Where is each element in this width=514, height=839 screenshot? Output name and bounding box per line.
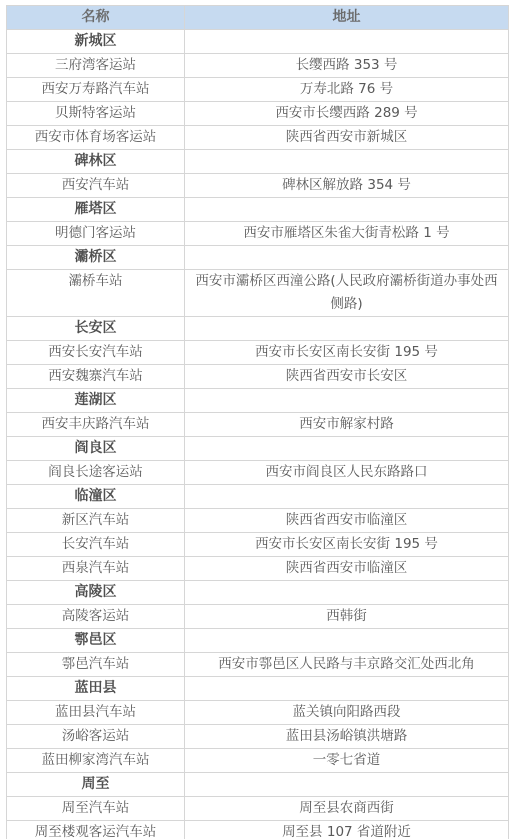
station-row: 长安汽车站西安市长安区南长安街 195 号 — [7, 533, 509, 557]
district-row: 新城区 — [7, 30, 509, 54]
station-name: 西安万寿路汽车站 — [7, 78, 185, 102]
station-name: 阎良长途客运站 — [7, 461, 185, 485]
table-body: 新城区 三府湾客运站长缨西路 353 号 西安万寿路汽车站万寿北路 76 号 贝… — [7, 30, 509, 839]
station-name: 西安长安汽车站 — [7, 341, 185, 365]
district-row: 阎良区 — [7, 437, 509, 461]
district-address-empty — [185, 389, 509, 413]
station-row: 周至楼观客运汽车站周至县 107 省道附近 — [7, 821, 509, 839]
district-name: 碑林区 — [7, 150, 185, 174]
district-row: 蓝田县 — [7, 677, 509, 701]
station-address: 周至县 107 省道附近 — [185, 821, 509, 839]
district-row: 莲湖区 — [7, 389, 509, 413]
station-address: 蓝田县汤峪镇洪塘路 — [185, 725, 509, 749]
station-row: 高陵客运站西韩街 — [7, 605, 509, 629]
station-address: 陕西省西安市临潼区 — [185, 557, 509, 581]
station-name: 明德门客运站 — [7, 222, 185, 246]
district-row: 高陵区 — [7, 581, 509, 605]
station-row: 西安市体育场客运站陕西省西安市新城区 — [7, 126, 509, 150]
column-header-address: 地址 — [185, 6, 509, 30]
station-row: 西泉汽车站陕西省西安市临潼区 — [7, 557, 509, 581]
bus-station-table-container: 名称 地址 新城区 三府湾客运站长缨西路 353 号 西安万寿路汽车站万寿北路 … — [6, 5, 508, 839]
station-name: 西泉汽车站 — [7, 557, 185, 581]
district-row: 周至 — [7, 773, 509, 797]
station-row: 鄠邑汽车站西安市鄠邑区人民路与丰京路交汇处西北角 — [7, 653, 509, 677]
station-row: 周至汽车站周至县农商西街 — [7, 797, 509, 821]
district-address-empty — [185, 581, 509, 605]
station-address: 蓝关镇向阳路西段 — [185, 701, 509, 725]
district-address-empty — [185, 198, 509, 222]
district-row: 长安区 — [7, 317, 509, 341]
district-name: 雁塔区 — [7, 198, 185, 222]
station-address: 一零七省道 — [185, 749, 509, 773]
station-name: 新区汽车站 — [7, 509, 185, 533]
district-address-empty — [185, 437, 509, 461]
station-address: 万寿北路 76 号 — [185, 78, 509, 102]
district-name: 长安区 — [7, 317, 185, 341]
station-name: 周至汽车站 — [7, 797, 185, 821]
district-name: 蓝田县 — [7, 677, 185, 701]
table-header-row: 名称 地址 — [7, 6, 509, 30]
station-name: 贝斯特客运站 — [7, 102, 185, 126]
station-address: 西韩街 — [185, 605, 509, 629]
station-address: 陕西省西安市临潼区 — [185, 509, 509, 533]
column-header-name: 名称 — [7, 6, 185, 30]
station-row: 新区汽车站陕西省西安市临潼区 — [7, 509, 509, 533]
district-address-empty — [185, 317, 509, 341]
station-address: 长缨西路 353 号 — [185, 54, 509, 78]
station-name: 西安汽车站 — [7, 174, 185, 198]
station-row: 西安长安汽车站西安市长安区南长安街 195 号 — [7, 341, 509, 365]
bus-station-table: 名称 地址 新城区 三府湾客运站长缨西路 353 号 西安万寿路汽车站万寿北路 … — [6, 5, 509, 839]
district-name: 新城区 — [7, 30, 185, 54]
station-address: 周至县农商西街 — [185, 797, 509, 821]
district-address-empty — [185, 30, 509, 54]
district-name: 临潼区 — [7, 485, 185, 509]
district-row: 雁塔区 — [7, 198, 509, 222]
station-address: 西安市灞桥区西潼公路(人民政府灞桥街道办事处西侧路) — [185, 270, 509, 317]
station-name: 周至楼观客运汽车站 — [7, 821, 185, 839]
station-address: 西安市雁塔区朱雀大街青松路 1 号 — [185, 222, 509, 246]
district-name: 莲湖区 — [7, 389, 185, 413]
district-address-empty — [185, 677, 509, 701]
district-address-empty — [185, 485, 509, 509]
district-name: 高陵区 — [7, 581, 185, 605]
district-name: 鄠邑区 — [7, 629, 185, 653]
district-address-empty — [185, 773, 509, 797]
station-row: 灞桥车站西安市灞桥区西潼公路(人民政府灞桥街道办事处西侧路) — [7, 270, 509, 317]
district-address-empty — [185, 629, 509, 653]
station-address: 陕西省西安市长安区 — [185, 365, 509, 389]
station-name: 灞桥车站 — [7, 270, 185, 317]
station-row: 西安魏寨汽车站陕西省西安市长安区 — [7, 365, 509, 389]
station-row: 明德门客运站西安市雁塔区朱雀大街青松路 1 号 — [7, 222, 509, 246]
district-name: 灞桥区 — [7, 246, 185, 270]
station-row: 蓝田县汽车站蓝关镇向阳路西段 — [7, 701, 509, 725]
station-name: 蓝田县汽车站 — [7, 701, 185, 725]
station-row: 西安丰庆路汽车站西安市解家村路 — [7, 413, 509, 437]
station-address: 西安市阎良区人民东路路口 — [185, 461, 509, 485]
station-address: 陕西省西安市新城区 — [185, 126, 509, 150]
station-name: 高陵客运站 — [7, 605, 185, 629]
station-row: 西安汽车站碑林区解放路 354 号 — [7, 174, 509, 198]
district-name: 阎良区 — [7, 437, 185, 461]
station-name: 长安汽车站 — [7, 533, 185, 557]
district-address-empty — [185, 246, 509, 270]
station-row: 三府湾客运站长缨西路 353 号 — [7, 54, 509, 78]
station-address: 西安市解家村路 — [185, 413, 509, 437]
station-address: 西安市长安区南长安街 195 号 — [185, 341, 509, 365]
district-row: 临潼区 — [7, 485, 509, 509]
district-row: 碑林区 — [7, 150, 509, 174]
station-name: 鄠邑汽车站 — [7, 653, 185, 677]
station-name: 西安市体育场客运站 — [7, 126, 185, 150]
district-address-empty — [185, 150, 509, 174]
station-name: 蓝田柳家湾汽车站 — [7, 749, 185, 773]
station-row: 蓝田柳家湾汽车站一零七省道 — [7, 749, 509, 773]
station-name: 西安丰庆路汽车站 — [7, 413, 185, 437]
station-address: 碑林区解放路 354 号 — [185, 174, 509, 198]
station-name: 西安魏寨汽车站 — [7, 365, 185, 389]
station-address: 西安市长缨西路 289 号 — [185, 102, 509, 126]
station-name: 汤峪客运站 — [7, 725, 185, 749]
station-row: 汤峪客运站蓝田县汤峪镇洪塘路 — [7, 725, 509, 749]
station-address: 西安市鄠邑区人民路与丰京路交汇处西北角 — [185, 653, 509, 677]
station-name: 三府湾客运站 — [7, 54, 185, 78]
station-row: 西安万寿路汽车站万寿北路 76 号 — [7, 78, 509, 102]
station-row: 阎良长途客运站西安市阎良区人民东路路口 — [7, 461, 509, 485]
station-address: 西安市长安区南长安街 195 号 — [185, 533, 509, 557]
station-row: 贝斯特客运站西安市长缨西路 289 号 — [7, 102, 509, 126]
district-row: 鄠邑区 — [7, 629, 509, 653]
district-name: 周至 — [7, 773, 185, 797]
district-row: 灞桥区 — [7, 246, 509, 270]
